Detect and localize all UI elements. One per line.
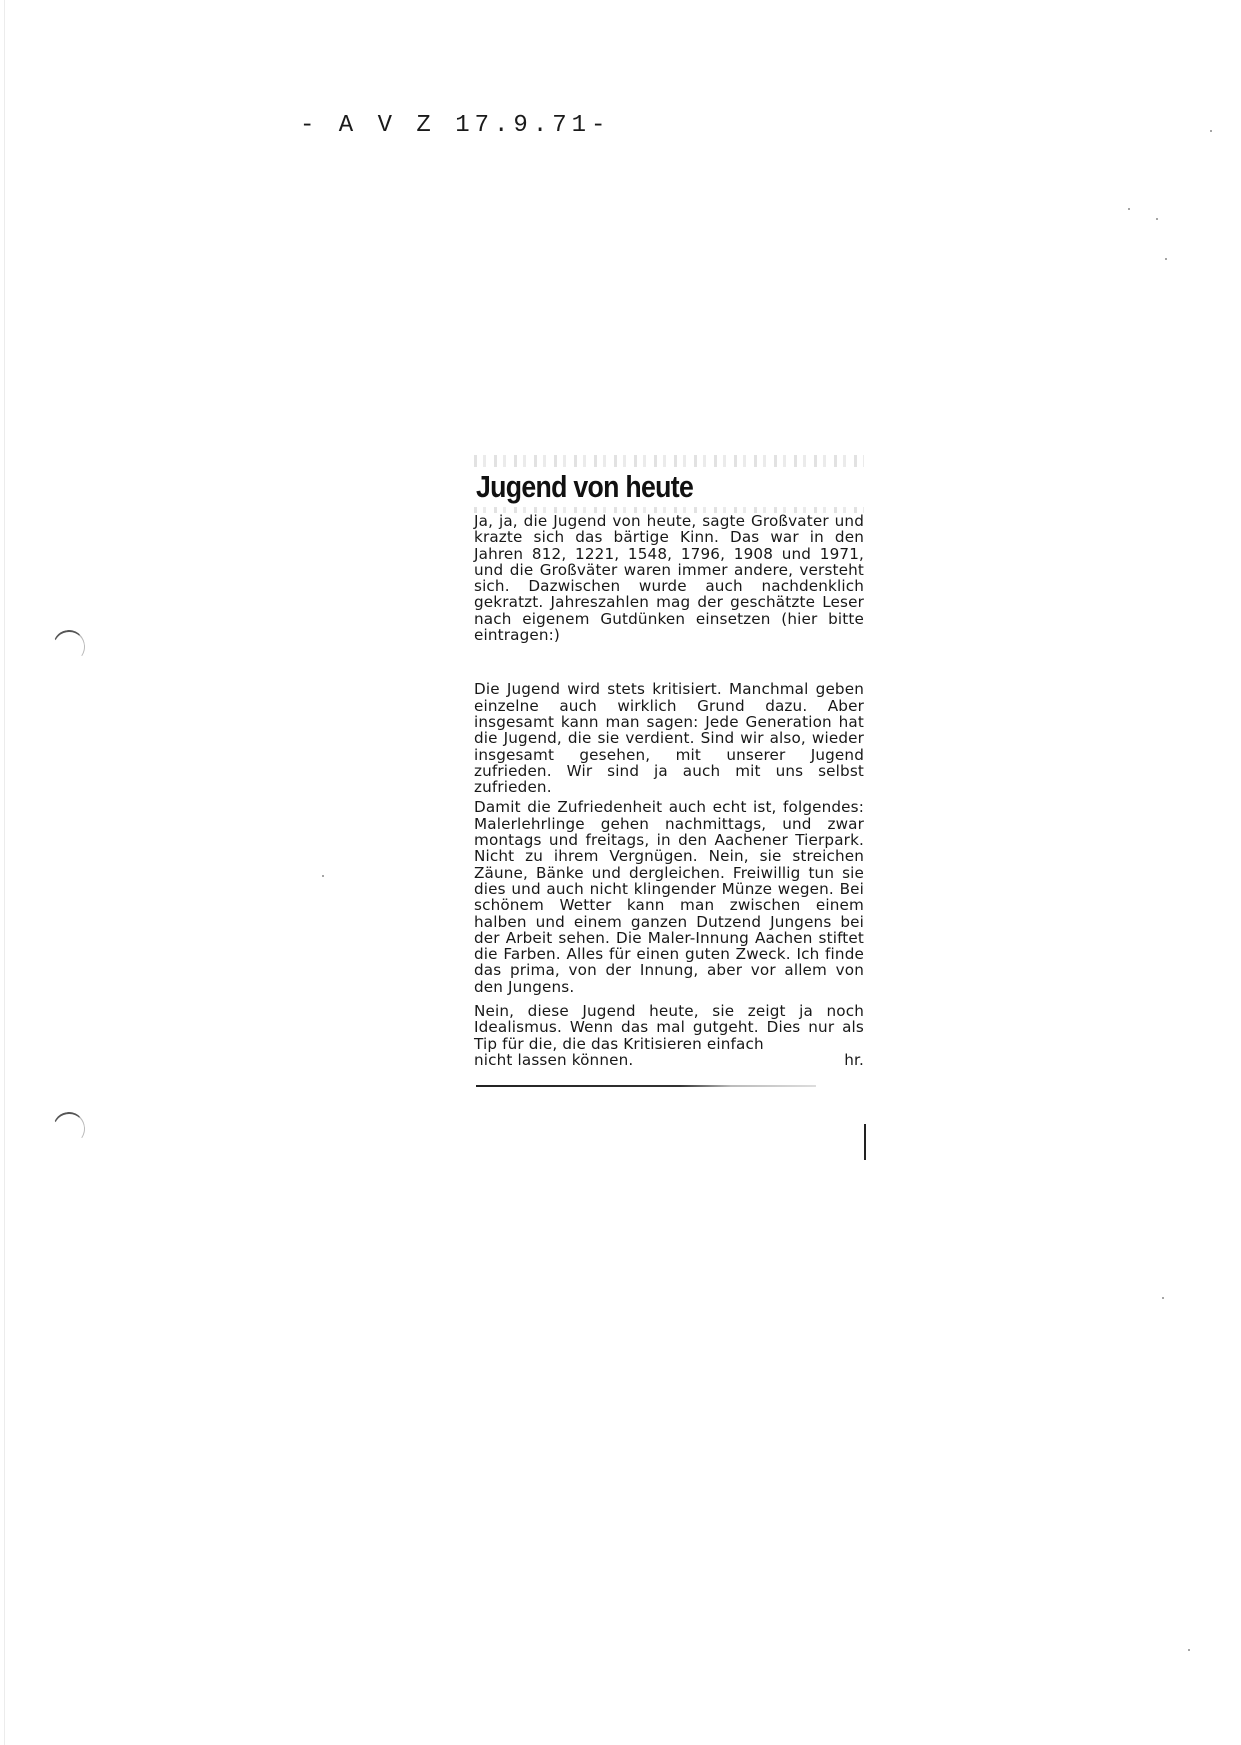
article-headline: Jugend von heute [476, 469, 810, 505]
article-paragraph-4: Nein, diese Jugend heute, sie zeigt ja n… [474, 1003, 864, 1052]
article-last-line: nicht lassen können. [474, 1052, 633, 1068]
article-paragraph-2: Die Jugend wird stets kritisiert. Manchm… [474, 681, 864, 795]
page-edge [4, 0, 5, 1745]
newspaper-clipping: Jugend von heute Ja, ja, die Jugend von … [474, 455, 864, 1087]
bleed-through-text [474, 455, 864, 467]
column-edge-mark [864, 1124, 866, 1160]
scan-speck [1128, 208, 1130, 210]
scan-speck [1210, 130, 1212, 132]
scan-speck [1162, 1297, 1164, 1299]
punch-hole-mark-bottom [50, 1109, 87, 1147]
punch-hole-mark-top [50, 627, 87, 665]
article-paragraph-3: Damit die Zufriedenheit auch echt ist, f… [474, 799, 864, 995]
article-paragraph-1: Ja, ja, die Jugend von heute, sagte Groß… [474, 513, 864, 643]
archive-stamp: - A V Z 17.9.71- [300, 112, 610, 139]
scan-speck [1188, 1649, 1190, 1651]
scan-speck [322, 875, 324, 877]
author-signature: hr. [844, 1052, 864, 1068]
scan-speck [1165, 258, 1167, 260]
article-signoff: nicht lassen können. hr. [474, 1052, 864, 1068]
scan-speck [1156, 218, 1158, 220]
bleed-through-text [474, 507, 864, 513]
clipping-bottom-rule [476, 1085, 816, 1087]
